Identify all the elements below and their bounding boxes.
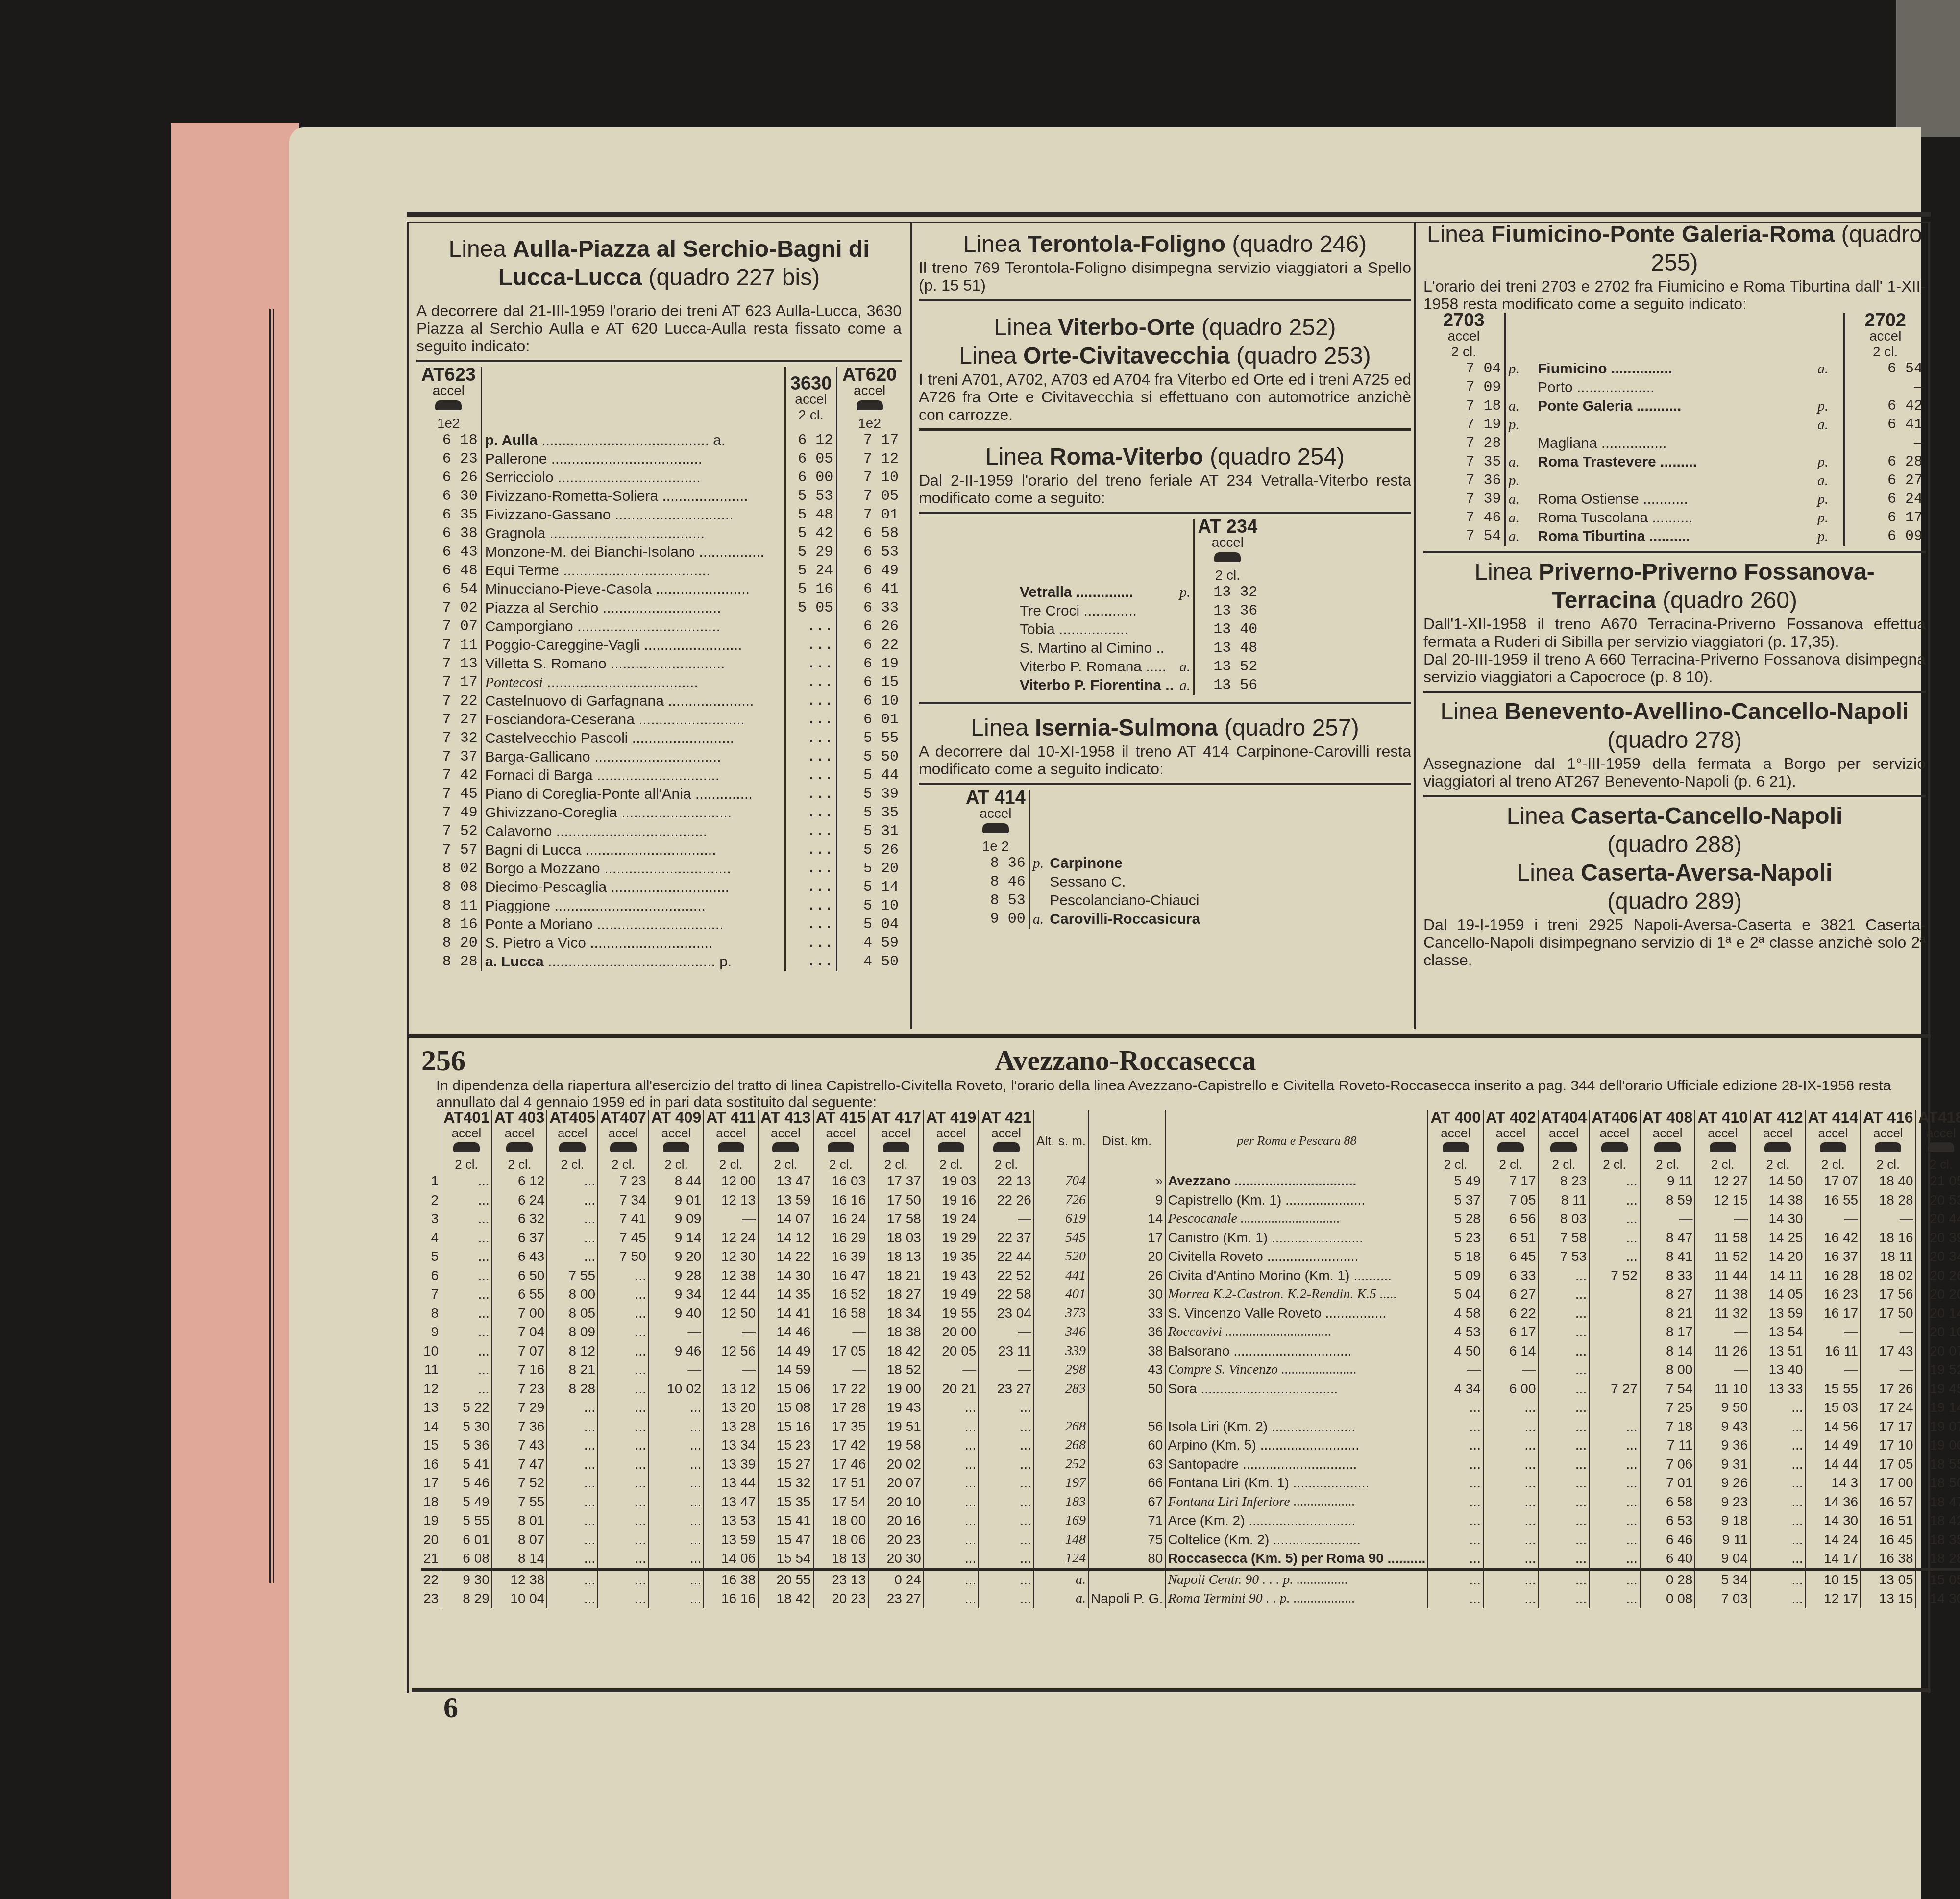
- time-cell: ...: [1539, 1304, 1590, 1323]
- table-row: 7 04p.Fiumicino ...............a.6 54: [1423, 360, 1926, 378]
- table-row: 12...7 238 28...10 0213 1215 0617 2219 0…: [421, 1380, 1960, 1399]
- time-cell: 15 03: [1806, 1398, 1861, 1417]
- time-cell: —: [1428, 1360, 1483, 1380]
- time-cell: 14 46: [758, 1323, 813, 1342]
- station-cell: Roccasecca (Km. 5) per Roma 90 .........…: [1165, 1549, 1428, 1569]
- time-cell: 16 51: [1861, 1511, 1916, 1530]
- time-cell: 6 45: [1483, 1247, 1539, 1266]
- altitude-cell: 183: [1034, 1493, 1088, 1512]
- time-cell: 6 35: [416, 506, 481, 524]
- time-cell: 18 28: [1861, 1191, 1916, 1210]
- time-cell: 6 01: [441, 1530, 492, 1550]
- time-cell: 5 18: [1428, 1247, 1483, 1266]
- time-cell: 21 05: [1916, 1172, 1960, 1191]
- time-cell: 10 15: [1806, 1569, 1861, 1589]
- mark-cell: p.: [1505, 360, 1535, 378]
- row-number: 10: [421, 1342, 441, 1361]
- time-cell: ...: [649, 1417, 704, 1436]
- station-cell: Roma Ostiense ...........: [1535, 490, 1814, 509]
- station-cell: Diecimo-Pescaglia ......................…: [481, 878, 785, 897]
- time-cell: ...: [441, 1247, 492, 1266]
- time-cell: 7 06: [1640, 1455, 1695, 1474]
- table-row: 3...6 32...7 419 09—14 0716 2417 5819 24…: [421, 1209, 1960, 1229]
- time-cell: 5 23: [1428, 1229, 1483, 1248]
- station-cell: Pescocanale ............................…: [1165, 1209, 1428, 1229]
- table-row: Vetralla ..............p.13 32: [1017, 583, 1260, 602]
- time-cell: 6 58: [1640, 1493, 1695, 1512]
- row-number: 2: [421, 1191, 441, 1210]
- column-divider: [1414, 223, 1416, 1029]
- station-name: Piazza al Serchio: [485, 600, 599, 616]
- row-number: 23: [421, 1589, 441, 1608]
- time-cell: ...: [924, 1493, 979, 1512]
- station-cell: Civita d'Antino Morino (Km. 1) .........…: [1165, 1266, 1428, 1285]
- time-cell: 5 35: [837, 804, 902, 822]
- table-row: 7 52Calavorno ..........................…: [416, 822, 902, 841]
- time-cell: 16 03: [813, 1172, 869, 1191]
- time-cell: ...: [1428, 1589, 1483, 1608]
- table-row: 185 497 55.........13 4715 3517 5420 10.…: [421, 1493, 1960, 1512]
- time-cell: 7 32: [416, 729, 481, 748]
- time-cell: ...: [1750, 1493, 1806, 1512]
- time-cell: 6 12: [492, 1172, 547, 1191]
- time-cell: 18 00: [813, 1511, 869, 1530]
- time-cell: 5 50: [837, 748, 902, 766]
- station-name: Pontecosi: [485, 674, 543, 691]
- time-cell: 6 19: [837, 655, 902, 673]
- station-cell: p. Aulla ...............................…: [481, 431, 785, 450]
- time-cell: 16 23: [1806, 1285, 1861, 1304]
- time-cell: ...: [979, 1589, 1034, 1608]
- time-cell: 13 39: [704, 1455, 758, 1474]
- time-cell: 8 53: [963, 891, 1029, 910]
- time-cell: 6 00: [1483, 1380, 1539, 1399]
- time-cell: 6 53: [1640, 1511, 1695, 1530]
- mark-cell: a.: [1814, 360, 1844, 378]
- time-cell: 6 33: [837, 599, 902, 617]
- station-cell: Pontecosi ..............................…: [481, 673, 785, 692]
- time-cell: 9 23: [1695, 1493, 1750, 1512]
- time-cell: ...: [598, 1530, 649, 1550]
- time-cell: ...: [441, 1172, 492, 1191]
- time-cell: 9 04: [1695, 1549, 1750, 1569]
- time-cell: 7 22: [416, 692, 481, 711]
- time-cell: 15 08: [758, 1398, 813, 1417]
- time-cell: ...: [598, 1285, 649, 1304]
- time-cell: 8 08: [416, 878, 481, 897]
- station-name: Calavorno: [485, 823, 552, 839]
- time-cell: ...: [1750, 1589, 1806, 1608]
- time-cell: 18 11: [1861, 1247, 1916, 1266]
- table-row: 238 2910 04.........16 1618 4220 2323 27…: [421, 1589, 1960, 1608]
- altitude-cell: 169: [1034, 1511, 1088, 1530]
- altitude-cell: 252: [1034, 1455, 1088, 1474]
- row-number: 9: [421, 1323, 441, 1342]
- time-cell: ...: [598, 1436, 649, 1455]
- table-row: 7 19p.a.6 41: [1423, 416, 1926, 434]
- time-cell: 6 49: [837, 562, 902, 580]
- time-cell: 5 30: [441, 1417, 492, 1436]
- altitude-cell: 346: [1034, 1323, 1088, 1342]
- time-cell: ...: [547, 1589, 598, 1608]
- priverno-title: Linea Priverno-Priverno Fossanova-Terrac…: [1423, 558, 1926, 615]
- time-cell: 6 41: [837, 580, 902, 599]
- time-cell: 19 49: [924, 1285, 979, 1304]
- time-cell: 7 19: [1423, 416, 1505, 434]
- time-cell: ...: [547, 1398, 598, 1417]
- time-cell: 20 23: [813, 1589, 869, 1608]
- time-cell: 7 29: [492, 1398, 547, 1417]
- time-cell: 18 55: [1916, 1455, 1960, 1474]
- roma-viterbo-timetable: AT 234accel2 cl. Vetralla ..............…: [1017, 519, 1260, 695]
- distance-cell: 9: [1088, 1191, 1165, 1210]
- time-cell: 16 38: [704, 1569, 758, 1589]
- time-cell: —: [1640, 1209, 1695, 1229]
- mark-cell: a.: [1176, 658, 1194, 676]
- table-row: 229 3012 38.........16 3820 5523 130 24.…: [421, 1569, 1960, 1589]
- station-name: Diecimo-Pescaglia: [485, 879, 607, 895]
- time-cell: ...: [924, 1511, 979, 1530]
- right-column: Linea Fiumicino-Ponte Galeria-Roma (quad…: [1423, 221, 1926, 969]
- station-cell: Villetta S. Romano .....................…: [481, 655, 785, 673]
- table-row: 7 42Fornaci di Barga ...................…: [416, 766, 902, 785]
- time-cell: 7 17: [837, 431, 902, 450]
- time-cell: 8 00: [547, 1285, 598, 1304]
- dist-header: Dist. km.: [1088, 1110, 1165, 1172]
- distance-cell: 43: [1088, 1360, 1165, 1380]
- time-cell: 18 13: [868, 1247, 924, 1266]
- time-cell: 8 28: [416, 953, 481, 971]
- table-row: 165 417 47.........13 3915 2717 4620 02.…: [421, 1455, 1960, 1474]
- time-cell: ...: [785, 934, 836, 953]
- time-cell: 6 22: [837, 636, 902, 655]
- time-cell: ...: [924, 1474, 979, 1493]
- time-cell: ...: [785, 860, 836, 878]
- time-cell: ...: [1589, 1247, 1640, 1266]
- time-cell: 8 11: [1539, 1191, 1590, 1210]
- distance-cell: 67: [1088, 1493, 1165, 1512]
- time-cell: 19 00: [868, 1380, 924, 1399]
- time-cell: 5 14: [837, 878, 902, 897]
- time-cell: 6 27: [1483, 1285, 1539, 1304]
- avezzano-intro: In dipendenza della riapertura all'eserc…: [421, 1078, 1931, 1111]
- time-cell: 0 28: [1640, 1569, 1695, 1589]
- leader-dots: .............................: [611, 507, 733, 523]
- table-row: 5...6 43...7 509 2012 3014 2216 3918 131…: [421, 1247, 1960, 1266]
- time-cell: 6 56: [1483, 1209, 1539, 1229]
- table-row: S. Martino al Cimino ..13 48: [1017, 639, 1260, 658]
- mark-cell: p.: [1814, 397, 1844, 416]
- time-cell: 14 49: [1806, 1436, 1861, 1455]
- time-cell: 11 32: [1695, 1304, 1750, 1323]
- altitude-cell: 545: [1034, 1229, 1088, 1248]
- time-cell: ...: [1750, 1398, 1806, 1417]
- station-cell: Roma Tiburtina ..........: [1535, 527, 1814, 546]
- train-header: AT 412accel2 cl.: [1750, 1110, 1806, 1172]
- time-cell: ...: [1750, 1474, 1806, 1493]
- time-cell: 12 30: [704, 1247, 758, 1266]
- station-cell: Arce (Km. 2) ...........................…: [1165, 1511, 1428, 1530]
- time-cell: 9 46: [649, 1342, 704, 1361]
- time-cell: 15 54: [758, 1549, 813, 1569]
- time-cell: 20 53: [1916, 1191, 1960, 1210]
- time-cell: 20 05: [924, 1342, 979, 1361]
- time-cell: 13 56: [1194, 676, 1260, 695]
- time-cell: 7 05: [1483, 1191, 1539, 1210]
- time-cell: 14 22: [758, 1247, 813, 1266]
- leader-dots: ...............................: [590, 749, 721, 765]
- isernia-title: Linea Isernia-Sulmona (quadro 257): [919, 714, 1411, 742]
- station-name: Minucciano-Pieve-Casola: [485, 581, 652, 597]
- station-cell: Compre S. Vincenzo .....................…: [1165, 1360, 1428, 1380]
- time-cell: 5 48: [785, 506, 836, 524]
- time-cell: 7 05: [837, 487, 902, 506]
- mark-cell: a.: [1505, 509, 1535, 527]
- time-cell: 6 30: [416, 487, 481, 506]
- station-name: Piano di Coreglia-Ponte all'Ania: [485, 786, 691, 802]
- time-cell: 7 50: [598, 1247, 649, 1266]
- time-cell: 7 01: [1640, 1474, 1695, 1493]
- time-cell: ...: [598, 1511, 649, 1530]
- time-cell: [1589, 1342, 1640, 1361]
- time-cell: 18 42: [1916, 1511, 1960, 1530]
- time-cell: 8 14: [492, 1549, 547, 1569]
- station-name: Gragnola: [485, 525, 545, 542]
- table-row: 7 57Bagni di Lucca .....................…: [416, 841, 902, 860]
- time-cell: ...: [979, 1417, 1034, 1436]
- station-cell: Sessano C.: [1047, 873, 1203, 891]
- station-cell: Roma Trastevere .........: [1535, 453, 1814, 471]
- time-cell: ...: [649, 1589, 704, 1608]
- time-cell: 11 52: [1695, 1247, 1750, 1266]
- time-cell: 6 33: [1483, 1266, 1539, 1285]
- time-cell: ...: [1483, 1417, 1539, 1436]
- time-cell: ...: [441, 1342, 492, 1361]
- time-cell: 5 10: [837, 897, 902, 915]
- time-cell: 7 01: [837, 506, 902, 524]
- time-cell: 14 49: [758, 1342, 813, 1361]
- time-cell: 7 23: [598, 1172, 649, 1191]
- time-cell: 9 30: [441, 1569, 492, 1589]
- time-cell: 7 39: [1423, 490, 1505, 509]
- time-cell: 4 53: [1428, 1323, 1483, 1342]
- station-cell: Camporgiano ............................…: [481, 617, 785, 636]
- time-cell: ...: [547, 1549, 598, 1569]
- time-cell: 17 35: [813, 1417, 869, 1436]
- fiumicino-title: Linea Fiumicino-Ponte Galeria-Roma (quad…: [1423, 221, 1926, 277]
- station-cell: Ponte Galeria ...........: [1535, 397, 1814, 416]
- table-row: 6 35Fivizzano-Gassano ..................…: [416, 506, 902, 524]
- time-cell: ...: [1539, 1455, 1590, 1474]
- row-number: 19: [421, 1511, 441, 1530]
- leader-dots: ..............: [691, 786, 753, 802]
- train-header: AT 402accel2 cl.: [1483, 1110, 1539, 1172]
- mark-cell: [1505, 434, 1535, 453]
- time-cell: ...: [598, 1266, 649, 1285]
- time-cell: ...: [441, 1323, 492, 1342]
- time-cell: 7 04: [492, 1323, 547, 1342]
- table-row: 8 28a. Lucca ...........................…: [416, 953, 902, 971]
- time-cell: 13 40: [1194, 620, 1260, 639]
- time-cell: 18 47: [1916, 1493, 1960, 1512]
- table-row: 6...6 507 55...9 2812 3814 3016 4718 211…: [421, 1266, 1960, 1285]
- time-cell: ...: [1589, 1417, 1640, 1436]
- time-cell: 17 22: [813, 1380, 869, 1399]
- time-cell: 6 24: [492, 1191, 547, 1210]
- time-cell: 6 09: [1844, 527, 1926, 546]
- time-cell: 7 55: [492, 1493, 547, 1512]
- table-row: 7 32Castelvecchio Pascoli ..............…: [416, 729, 902, 748]
- time-cell: 13 54: [1750, 1323, 1806, 1342]
- time-cell: 18 42: [758, 1589, 813, 1608]
- table-row: 7 13Villetta S. Romano .................…: [416, 655, 902, 673]
- fiumicino-note: L'orario dei treni 2703 e 2702 fra Fiumi…: [1423, 277, 1926, 313]
- time-cell: 23 04: [979, 1304, 1034, 1323]
- time-cell: 5 37: [1428, 1191, 1483, 1210]
- time-cell: 17 17: [1861, 1417, 1916, 1436]
- leader-dots: .............................: [598, 600, 721, 616]
- time-cell: 8 28: [547, 1380, 598, 1399]
- time-cell: 17 24: [1861, 1398, 1916, 1417]
- time-cell: 9 26: [1695, 1474, 1750, 1493]
- row-number: 7: [421, 1285, 441, 1304]
- table-row: 8 08Diecimo-Pescaglia ..................…: [416, 878, 902, 897]
- station-cell: Fivizzano-Gassano ......................…: [481, 506, 785, 524]
- time-cell: 13 28: [704, 1417, 758, 1436]
- time-cell: 16 17: [1806, 1304, 1861, 1323]
- avezzano-section: 256 Avezzano-Roccasecca In dipendenza de…: [421, 1044, 1931, 1111]
- time-cell: ...: [547, 1191, 598, 1210]
- station-cell: Morrea K.2-Castron. K.2-Rendin. K.5 ....…: [1165, 1285, 1428, 1304]
- aulla-section: Linea Aulla-Piazza al Serchio-Bagni di L…: [416, 235, 902, 971]
- time-cell: 15 55: [1806, 1380, 1861, 1399]
- time-cell: 6 01: [837, 711, 902, 729]
- station-name: Serricciolo: [485, 469, 554, 486]
- time-cell: ...: [649, 1455, 704, 1474]
- station-cell: Castelnuovo di Garfagnana ..............…: [481, 692, 785, 711]
- time-cell: 6 05: [785, 450, 836, 469]
- time-cell: ...: [785, 822, 836, 841]
- avezzano-timetable: AT401accel2 cl.AT 403accel2 cl.AT405acce…: [421, 1110, 1960, 1608]
- station-name: Borgo a Mozzano: [485, 861, 600, 877]
- time-cell: 18 52: [868, 1360, 924, 1380]
- time-cell: ...: [924, 1549, 979, 1569]
- time-cell: 18 02: [1861, 1266, 1916, 1285]
- time-cell: 0 24: [868, 1569, 924, 1589]
- time-cell: 13 52: [1194, 658, 1260, 676]
- time-cell: 6 48: [416, 562, 481, 580]
- time-cell: 7 25: [1640, 1398, 1695, 1417]
- time-cell: 20 30: [868, 1549, 924, 1569]
- mark-cell: p.: [1029, 854, 1047, 873]
- time-cell: —: [1806, 1323, 1861, 1342]
- time-cell: 8 46: [963, 873, 1029, 891]
- time-cell: 6 12: [785, 431, 836, 450]
- time-cell: 6 27: [1844, 471, 1926, 490]
- time-cell: 17 10: [1861, 1436, 1916, 1455]
- time-cell: ...: [441, 1285, 492, 1304]
- time-cell: 6 22: [1483, 1304, 1539, 1323]
- time-cell: ...: [1750, 1530, 1806, 1550]
- station-name: Piaggione: [485, 898, 550, 914]
- time-cell: 16 45: [1861, 1530, 1916, 1550]
- station-cell: Canistro (Km. 1) .......................…: [1165, 1229, 1428, 1248]
- time-cell: 5 29: [785, 543, 836, 562]
- station-cell: Avezzano ...............................…: [1165, 1172, 1428, 1191]
- time-cell: 19 51: [868, 1417, 924, 1436]
- station-cell: Borgo a Mozzano ........................…: [481, 860, 785, 878]
- station-name: Bagni di Lucca: [485, 842, 582, 858]
- time-cell: 6 23: [416, 450, 481, 469]
- time-cell: 20 07: [1916, 1342, 1960, 1361]
- time-cell: ...: [924, 1417, 979, 1436]
- station-name: Camporgiano: [485, 618, 573, 635]
- train-header: AT 415accel2 cl.: [813, 1110, 869, 1172]
- time-cell: 16 52: [813, 1285, 869, 1304]
- time-cell: —: [649, 1360, 704, 1380]
- time-cell: 17 00: [1861, 1474, 1916, 1493]
- time-cell: —: [704, 1323, 758, 1342]
- time-cell: ...: [1539, 1569, 1590, 1589]
- table-row: 135 227 29.........13 2015 0817 2819 43.…: [421, 1398, 1960, 1417]
- time-cell: 5 28: [1428, 1209, 1483, 1229]
- time-cell: 8 09: [547, 1323, 598, 1342]
- time-cell: 11 10: [1695, 1380, 1750, 1399]
- train-header: AT 410accel2 cl.: [1695, 1110, 1750, 1172]
- time-cell: 7 36: [492, 1417, 547, 1436]
- row-number: 18: [421, 1493, 441, 1512]
- time-cell: ...: [1539, 1530, 1590, 1550]
- table-row: 6 43Monzone-M. dei Bianchi-Isolano .....…: [416, 543, 902, 562]
- time-cell: ...: [1589, 1589, 1640, 1608]
- distance-cell: 36: [1088, 1323, 1165, 1342]
- station-cell: Civitella Roveto .......................…: [1165, 1247, 1428, 1266]
- time-cell: ...: [924, 1436, 979, 1455]
- time-cell: 4 58: [1428, 1304, 1483, 1323]
- station-cell: Magliana ................: [1535, 434, 1814, 453]
- time-cell: ...: [785, 915, 836, 934]
- time-cell: 17 46: [813, 1455, 869, 1474]
- time-cell: 9 18: [1695, 1511, 1750, 1530]
- time-cell: 7 23: [492, 1380, 547, 1399]
- table-row: 7 27Fosciandora-Ceserana ...............…: [416, 711, 902, 729]
- time-cell: ...: [1483, 1549, 1539, 1569]
- time-cell: ...: [924, 1530, 979, 1550]
- distance-cell: [1088, 1398, 1165, 1417]
- time-cell: 6 18: [416, 431, 481, 450]
- roma-viterbo-title: Linea Roma-Viterbo (quadro 254): [919, 443, 1411, 471]
- time-cell: 16 28: [1806, 1266, 1861, 1285]
- train-header: AT 403accel2 cl.: [492, 1110, 547, 1172]
- time-cell: 6 17: [1844, 509, 1926, 527]
- time-cell: 13 20: [704, 1398, 758, 1417]
- leader-dots: .........................: [628, 730, 734, 746]
- time-cell: 14 07: [758, 1209, 813, 1229]
- time-cell: ...: [598, 1342, 649, 1361]
- row-number: 12: [421, 1380, 441, 1399]
- station-name: Ghivizzano-Coreglia: [485, 805, 617, 821]
- distance-cell: 14: [1088, 1209, 1165, 1229]
- mark-cell: p.: [1814, 490, 1844, 509]
- station-name: Fosciandora-Ceserana: [485, 712, 635, 728]
- time-cell: —: [1861, 1323, 1916, 1342]
- station-name: p. Aulla: [485, 432, 538, 448]
- time-cell: ...: [1483, 1436, 1539, 1455]
- station-cell: Viterbo P. Romana .....: [1017, 658, 1176, 676]
- book-spine: [1896, 0, 1960, 137]
- time-cell: ...: [1750, 1436, 1806, 1455]
- time-cell: 7 18: [1423, 397, 1505, 416]
